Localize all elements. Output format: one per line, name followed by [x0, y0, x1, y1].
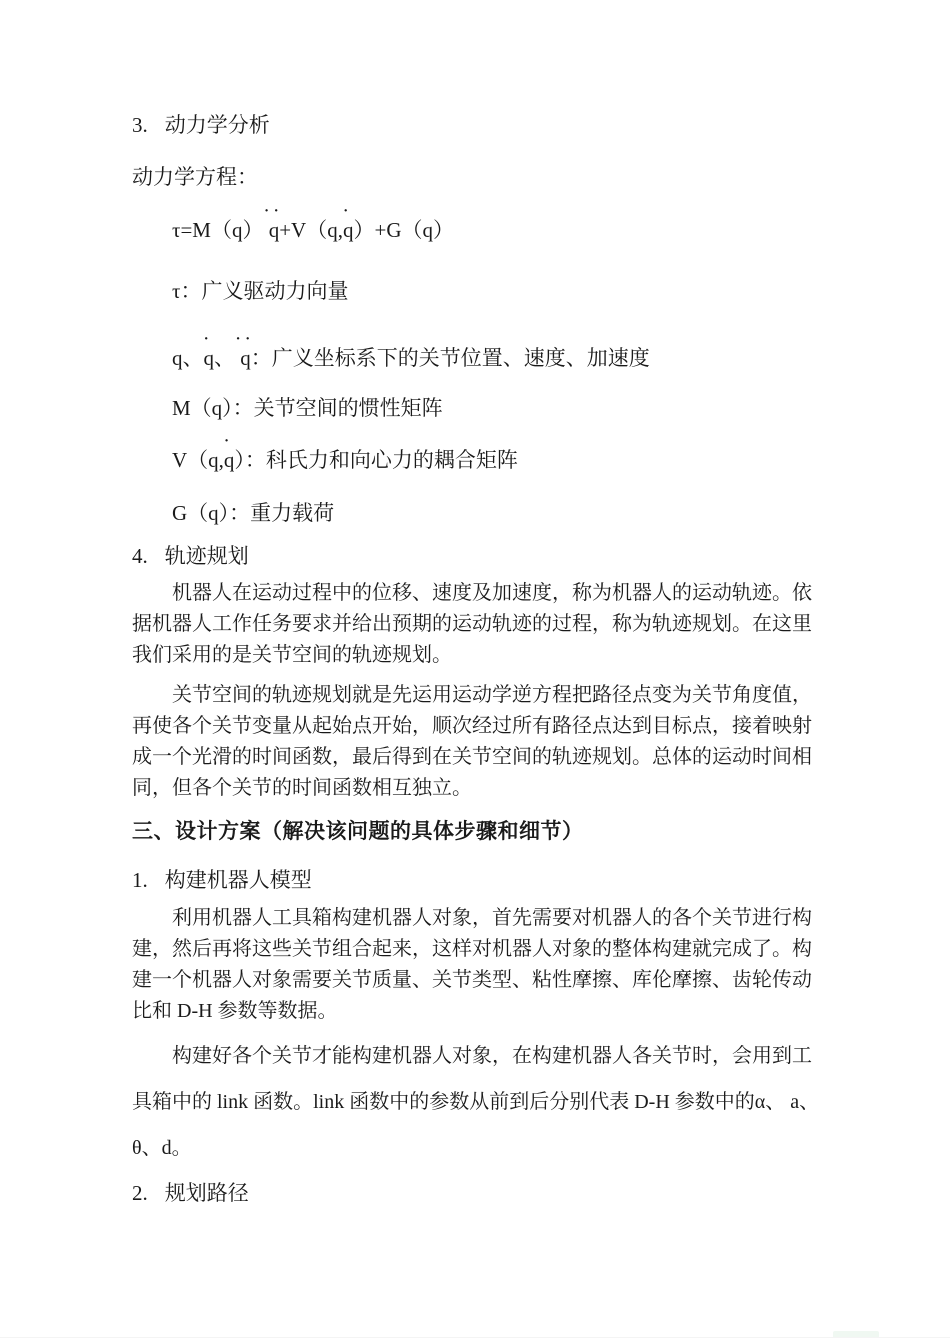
heading-number: 4.	[132, 541, 148, 571]
text-line: 具箱中的 link 函数。link 函数中的参数从前到后分别代表 D-H 参数中…	[132, 1079, 848, 1125]
document-content: 3. 动力学分析 动力学方程： τ=M（q） ··q+V（q,·q）+G（q） …	[132, 0, 848, 1208]
dotted-q-symbol: ··q	[240, 342, 251, 374]
heading-trajectory-planning: 4. 轨迹规划	[132, 541, 848, 571]
text-line: 成一个光滑的时间函数，最后得到在关节空间的轨迹规划。总体的运动时间相	[132, 742, 848, 773]
heading-dynamics-analysis: 3. 动力学分析	[132, 110, 848, 140]
heading-text: 动力学分析	[165, 110, 270, 140]
heading-number: 1.	[132, 865, 148, 895]
dynamics-formula: τ=M（q） ··q+V（q,·q）+G（q）	[132, 214, 848, 246]
page-bottom-hairline	[0, 1337, 950, 1338]
definition-V: V（q,·q）：科氏力和向心力的耦合矩阵	[132, 444, 848, 476]
heading-number: 3.	[132, 110, 148, 140]
heading-plan-path: 2. 规划路径	[132, 1178, 848, 1208]
dynamics-equation-label: 动力学方程：	[132, 163, 848, 191]
text-line: θ、d。	[132, 1125, 848, 1171]
heading-design-scheme: 三、设计方案（解决该问题的具体步骤和细节）	[132, 817, 848, 847]
text-line: 构建好各个关节才能构建机器人对象，在构建机器人各关节时，会用到工	[132, 1033, 848, 1079]
definition-G: G（q）：重力载荷	[132, 497, 848, 529]
paragraph-link-function: 构建好各个关节才能构建机器人对象，在构建机器人各关节时，会用到工具箱中的 lin…	[132, 1033, 848, 1171]
heading-number: 2.	[132, 1178, 148, 1208]
paragraph-jointspace-planning: 关节空间的轨迹规划就是先运用运动学逆方程把路径点变为关节角度值，再使各个关节变量…	[132, 680, 848, 804]
paragraph-robot-toolbox: 利用机器人工具箱构建机器人对象，首先需要对机器人的各个关节进行构建，然后再将这些…	[132, 903, 848, 1027]
dotted-q-symbol: ·q	[343, 214, 354, 246]
dotted-q-symbol: ·q	[204, 342, 215, 374]
text-line: 据机器人工作任务要求并给出预期的运动轨迹的过程，称为轨迹规划。在这里	[132, 609, 848, 640]
heading-text: 构建机器人模型	[165, 865, 312, 895]
dotted-q-symbol: ··q	[269, 214, 280, 246]
definition-tau: τ：广义驱动力向量	[132, 275, 848, 307]
text-line: 同，但各个关节的时间函数相互独立。	[132, 773, 848, 804]
text-line: 建，然后再将这些关节组合起来，这样对机器人对象的整体构建就完成了。构	[132, 934, 848, 965]
text-line: 建一个机器人对象需要关节质量、关节类型、粘性摩擦、库伦摩擦、齿轮传动	[132, 965, 848, 996]
text-line: 再使各个关节变量从起始点开始，顺次经过所有路径点达到目标点，接着映射	[132, 711, 848, 742]
definition-q: q、·q、 ··q：广义坐标系下的关节位置、速度、加速度	[132, 342, 848, 374]
paragraph-motion-trajectory: 机器人在运动过程中的位移、速度及加速度，称为机器人的运动轨迹。依据机器人工作任务…	[132, 578, 848, 671]
text-line: 比和 D-H 参数等数据。	[132, 996, 848, 1027]
document-page: 3. 动力学分析 动力学方程： τ=M（q） ··q+V（q,·q）+G（q） …	[0, 0, 950, 1341]
heading-text: 轨迹规划	[165, 541, 249, 571]
heading-text: 规划路径	[165, 1178, 249, 1208]
heading-build-robot-model: 1. 构建机器人模型	[132, 865, 848, 895]
text-line: 关节空间的轨迹规划就是先运用运动学逆方程把路径点变为关节角度值，	[132, 680, 848, 711]
text-line: 我们采用的是关节空间的轨迹规划。	[132, 640, 848, 671]
text-line: 机器人在运动过程中的位移、速度及加速度，称为机器人的运动轨迹。依	[132, 578, 848, 609]
text-line: 利用机器人工具箱构建机器人对象，首先需要对机器人的各个关节进行构	[132, 903, 848, 934]
definition-M: M（q）：关节空间的惯性矩阵	[132, 392, 848, 424]
dotted-q-symbol: ·q	[224, 444, 235, 476]
